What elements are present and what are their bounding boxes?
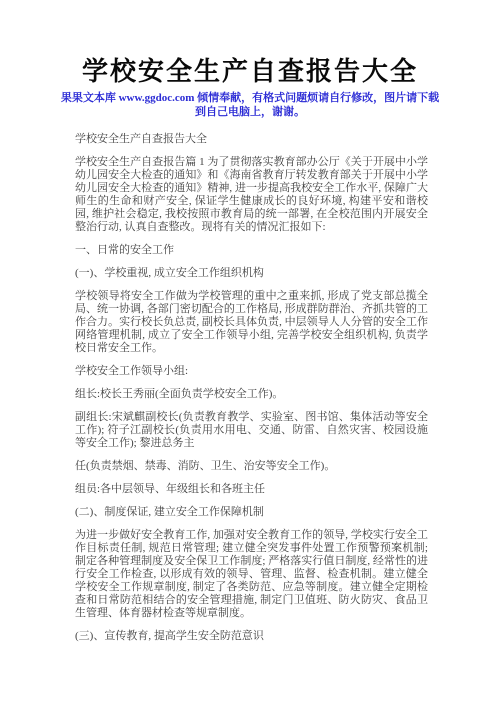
document-page: 学校安全生产自查报告大全 果果文本库 www.ggdoc.com 倾情奉献，有格…: [0, 0, 500, 707]
paragraph: 组长:校长王秀丽(全面负责学校安全工作)。: [75, 388, 428, 401]
paragraph: 组员:各中层领导、年级组长和各班主任: [75, 483, 428, 496]
page-title: 学校安全生产自查报告大全: [0, 57, 500, 87]
promo-banner: 果果文本库 www.ggdoc.com 倾情奉献，有格式问题烦请自行修改，图片请…: [0, 92, 500, 119]
paragraph: 任(负责禁烟、禁毒、消防、卫生、治安等安全工作)。: [75, 460, 428, 473]
promo-line-1: 果果文本库 www.ggdoc.com 倾情奉献，有格式问题烦请自行修改，图片请…: [40, 92, 460, 106]
paragraph: 一、日常的安全工作: [75, 244, 428, 257]
paragraph: 为进一步做好安全教育工作, 加强对安全教育工作的领导, 学校实行安全工作目标责任…: [75, 529, 428, 620]
paragraph: 学校安全生产自查报告大全: [75, 133, 428, 146]
paragraph: 副组长:宋斌麒副校长(负责教育教学、实验室、图书馆、集体活动等安全工作); 符子…: [75, 411, 428, 450]
paragraph: (一)、学校重视, 成立安全工作组织机构: [75, 267, 428, 280]
paragraph: (二)、制度保证, 建立安全工作保障机制: [75, 506, 428, 519]
paragraph: 学校领导将安全工作做为学校管理的重中之重来抓, 形成了党支部总揽全局、统一协调,…: [75, 290, 428, 355]
paragraph: (三)、宣传教育, 提高学生安全防范意识: [75, 630, 428, 643]
paragraph: 学校安全工作领导小组:: [75, 365, 428, 378]
document-body: 学校安全生产自查报告大全学校安全生产自查报告篇 1 为了贯彻落实教育部办公厅《关…: [75, 133, 428, 643]
paragraph: 学校安全生产自查报告篇 1 为了贯彻落实教育部办公厅《关于开展中小学幼儿园安全大…: [75, 156, 428, 234]
promo-line-2: 到自己电脑上，谢谢。: [40, 106, 460, 120]
